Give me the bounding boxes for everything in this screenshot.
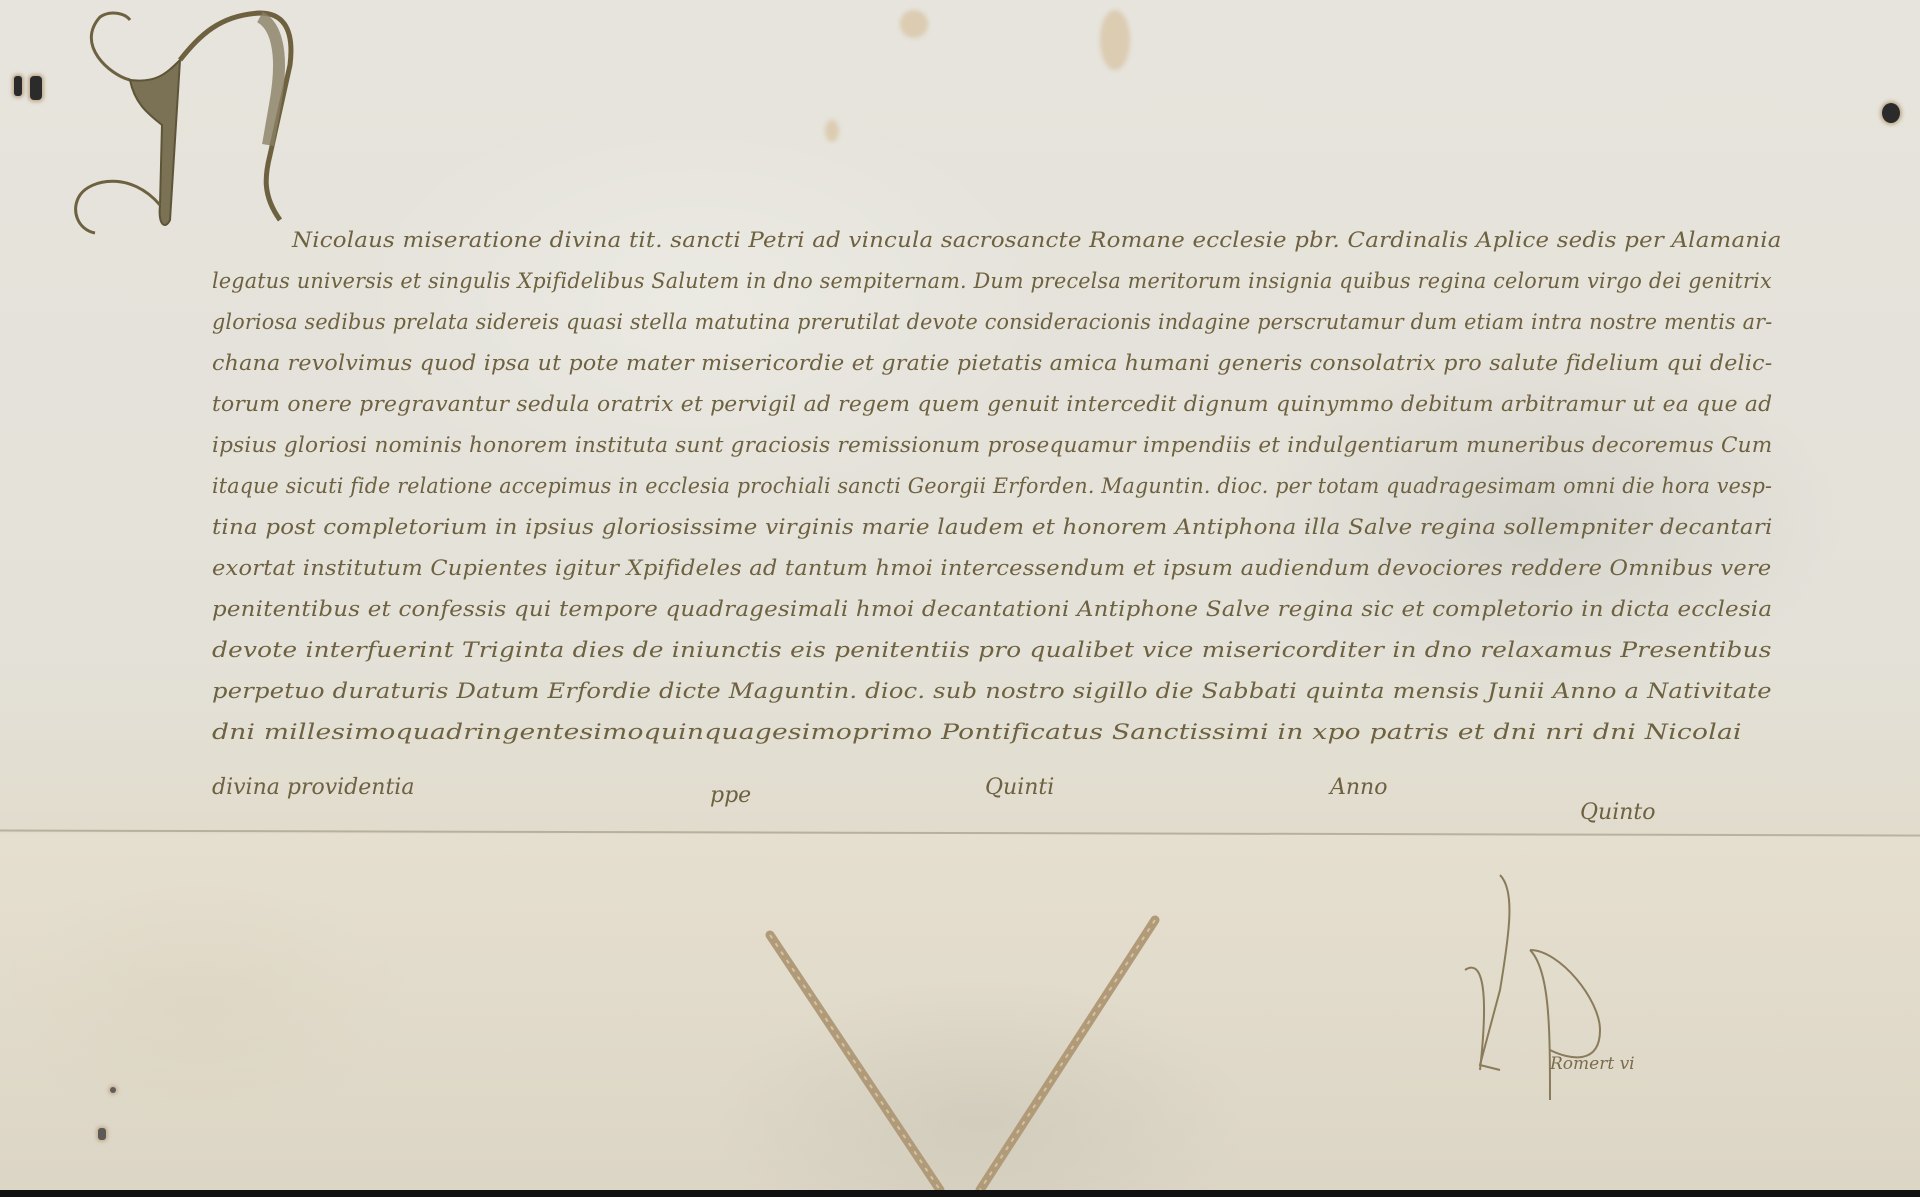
parchment-sheet: Nicolaus miseratione divina tit. sancti … [0, 0, 1920, 1190]
signature-note: Romert vi [1550, 1054, 1635, 1074]
text-line: penitentibus et confessis qui tempore qu… [212, 591, 1772, 627]
image-border [0, 1190, 1920, 1197]
dating-left: divina providentia [212, 775, 414, 800]
text-line: devote interfuerint Triginta dies de ini… [212, 632, 1772, 668]
pin-hole [14, 76, 22, 96]
text-line: ipsius gloriosi nominis honorem institut… [212, 427, 1772, 463]
text-line: torum onere pregravantur sedula oratrix … [212, 386, 1772, 422]
dating-quinto: Quinto [1580, 800, 1656, 825]
decorated-initial-n [70, 5, 360, 235]
stain [1100, 10, 1130, 70]
text-line: dni millesimoquadringentesimoquinquagesi… [212, 714, 1742, 750]
dating-anno: Anno [1330, 775, 1387, 800]
pin-hole [30, 76, 42, 100]
text-line: itaque sicuti fide relatione accepimus i… [212, 468, 1772, 504]
text-line: gloriosa sedibus prelata sidereis quasi … [212, 304, 1772, 340]
dating-quinti: Quinti [985, 775, 1054, 800]
text-line: exortat institutum Cupientes igitur Xpif… [212, 550, 1771, 586]
text-line: chana revolvimus quod ipsa ut pote mater… [212, 345, 1772, 381]
stain [825, 120, 839, 142]
text-line: tina post completorium in ipsius glorios… [212, 509, 1772, 545]
text-line: Nicolaus miseratione divina tit. sancti … [292, 222, 1782, 258]
dating-ppe: ppe [710, 783, 751, 808]
registration-monogram [1400, 870, 1680, 1100]
stain [900, 10, 928, 38]
text-line: legatus universis et singulis Xpifidelib… [212, 263, 1772, 299]
text-line: perpetuo duraturis Datum Erfordie dicte … [212, 673, 1772, 709]
pin-hole [1882, 103, 1900, 123]
